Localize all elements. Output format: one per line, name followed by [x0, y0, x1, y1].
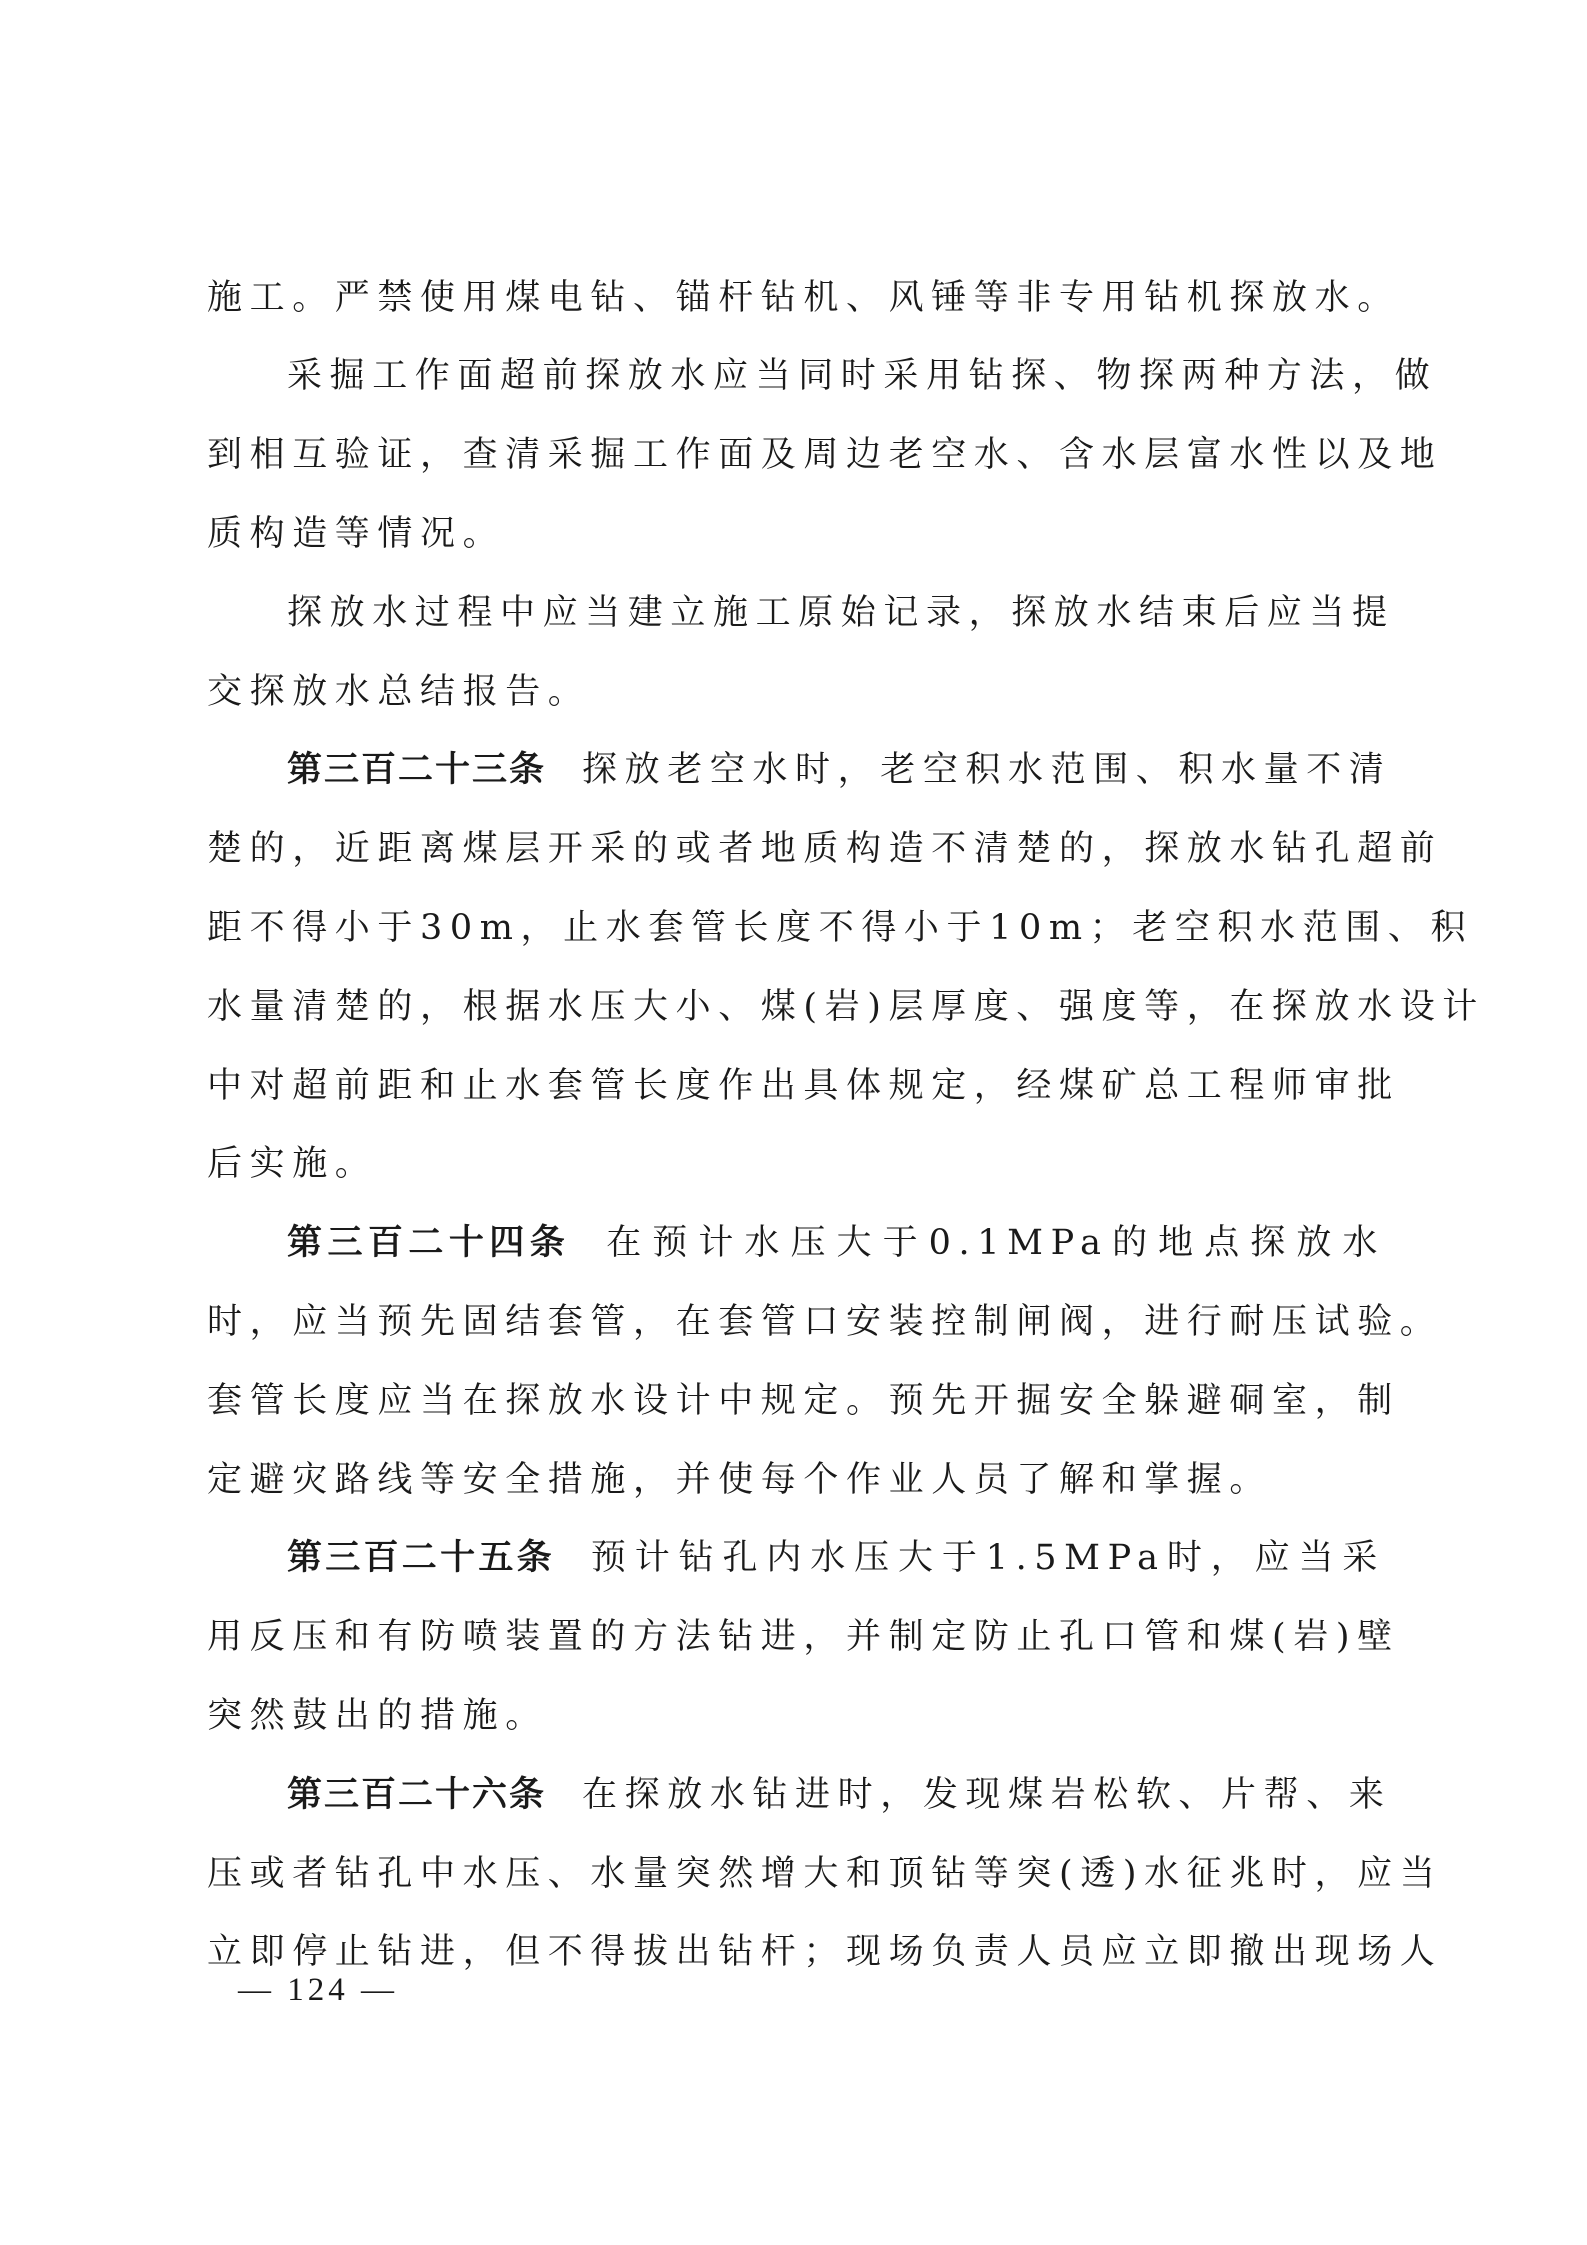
text-line: 交探放水总结报告。: [207, 662, 1385, 722]
article-first-line: 第三百二十四条在预计水压大于0.1MPa的地点探放水: [287, 1213, 1385, 1273]
text-line: 楚的，近距离煤层开采的或者地质构造不清楚的，探放水钻孔超前: [207, 819, 1385, 879]
article-heading: 第三百二十六条: [287, 1775, 546, 1815]
article-text: 预计钻孔内水压大于1.5MPa时，应当采: [591, 1538, 1385, 1578]
text-line: 施工。严禁使用煤电钻、锚杆钻机、风锤等非专用钻机探放水。: [207, 268, 1385, 328]
text-line: 套管长度应当在探放水设计中规定。预先开掘安全躲避硐室，制: [207, 1371, 1385, 1431]
article-first-line: 第三百二十五条预计钻孔内水压大于1.5MPa时，应当采: [287, 1528, 1385, 1588]
text-line: 距不得小于30m，止水套管长度不得小于10m；老空积水范围、积: [207, 898, 1385, 958]
text-line: 中对超前距和止水套管长度作出具体规定，经煤矿总工程师审批: [207, 1056, 1385, 1116]
text-line: 用反压和有防喷装置的方法钻进，并制定防止孔口管和煤(岩)壁: [207, 1607, 1385, 1667]
paragraph-first-line: 采掘工作面超前探放水应当同时采用钻探、物探两种方法，做: [287, 346, 1385, 406]
article-heading: 第三百二十三条: [287, 750, 546, 790]
article-heading: 第三百二十五条: [287, 1538, 555, 1578]
page-number: — 124 —: [238, 1965, 398, 2015]
paragraph-first-line: 探放水过程中应当建立施工原始记录，探放水结束后应当提: [287, 583, 1385, 643]
text-line: 水量清楚的，根据水压大小、煤(岩)层厚度、强度等，在探放水设计: [207, 977, 1385, 1037]
text-line: 定避灾路线等安全措施，并使每个作业人员了解和掌握。: [207, 1450, 1385, 1510]
text-line: 时，应当预先固结套管，在套管口安装控制闸阀，进行耐压试验。: [207, 1292, 1385, 1352]
article-first-line: 第三百二十三条探放老空水时，老空积水范围、积水量不清: [287, 740, 1385, 800]
text-line: 后实施。: [207, 1134, 1385, 1194]
document-page: 施工。严禁使用煤电钻、锚杆钻机、风锤等非专用钻机探放水。 采掘工作面超前探放水应…: [0, 0, 1587, 2245]
article-heading: 第三百二十四条: [287, 1223, 570, 1263]
article-text: 在预计水压大于0.1MPa的地点探放水: [606, 1223, 1385, 1263]
article-first-line: 第三百二十六条在探放水钻进时，发现煤岩松软、片帮、来: [287, 1765, 1385, 1825]
text-line: 质构造等情况。: [207, 504, 1385, 564]
text-line: 到相互验证，查清采掘工作面及周边老空水、含水层富水性以及地: [207, 425, 1385, 485]
text-line: 突然鼓出的措施。: [207, 1686, 1385, 1746]
text-line: 压或者钻孔中水压、水量突然增大和顶钻等突(透)水征兆时，应当: [207, 1844, 1385, 1904]
article-text: 在探放水钻进时，发现煤岩松软、片帮、来: [582, 1775, 1391, 1815]
article-text: 探放老空水时，老空积水范围、积水量不清: [582, 750, 1391, 790]
